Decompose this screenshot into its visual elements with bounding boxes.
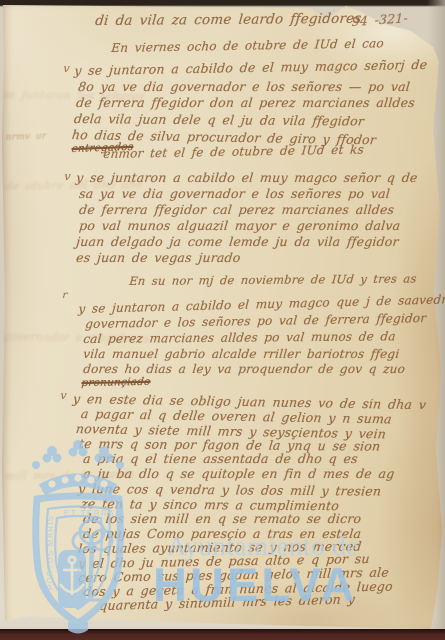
handwriting-line: di da vila za come leardo ffegidores [94,11,362,29]
handwriting-line: v [60,389,68,402]
handwriting-line: nrmv ur [5,132,46,143]
handwriting-line: de los sien mill en q se remato se dicro [82,511,362,526]
handwriting-line: es juan de vegas jurado [75,250,241,265]
handwriting-line: mill mrs de la rrenta [5,468,135,483]
handwriting-line: po val munos alguazil mayor e geronimo d… [78,218,401,233]
manuscript-photo: di da vila za come leardo ffegidores94 -… [0,0,445,640]
handwriting-line: En su nor mj de noviembre de IUd y tres … [129,271,418,288]
handwriting-line: se juntaron los señores [2,88,145,103]
handwriting-line: pronunçiado [81,376,151,389]
binding-bottom-band [0,629,445,640]
handwriting-line: de otubre del dho año [5,178,143,193]
handwriting-line: juan delgado ja come lemde ju da vila ff… [75,234,399,249]
handwriting-line: a pria q el tiene assentada de dho q es [82,451,358,466]
handwriting-line: dela vila juan dele q el ju da vila ffeg… [73,111,365,129]
handwriting-line: de ferrera ffegidor cal perez marcianes … [78,202,395,217]
handwriting-line: governador e rregidores [2,330,150,346]
handwriting-line: vila manuel gabrio alcalde rriller bario… [83,347,401,361]
handwriting-line: dores ho dias a ley va proquendor de gov… [83,362,406,376]
handwriting-line: v [63,62,71,75]
